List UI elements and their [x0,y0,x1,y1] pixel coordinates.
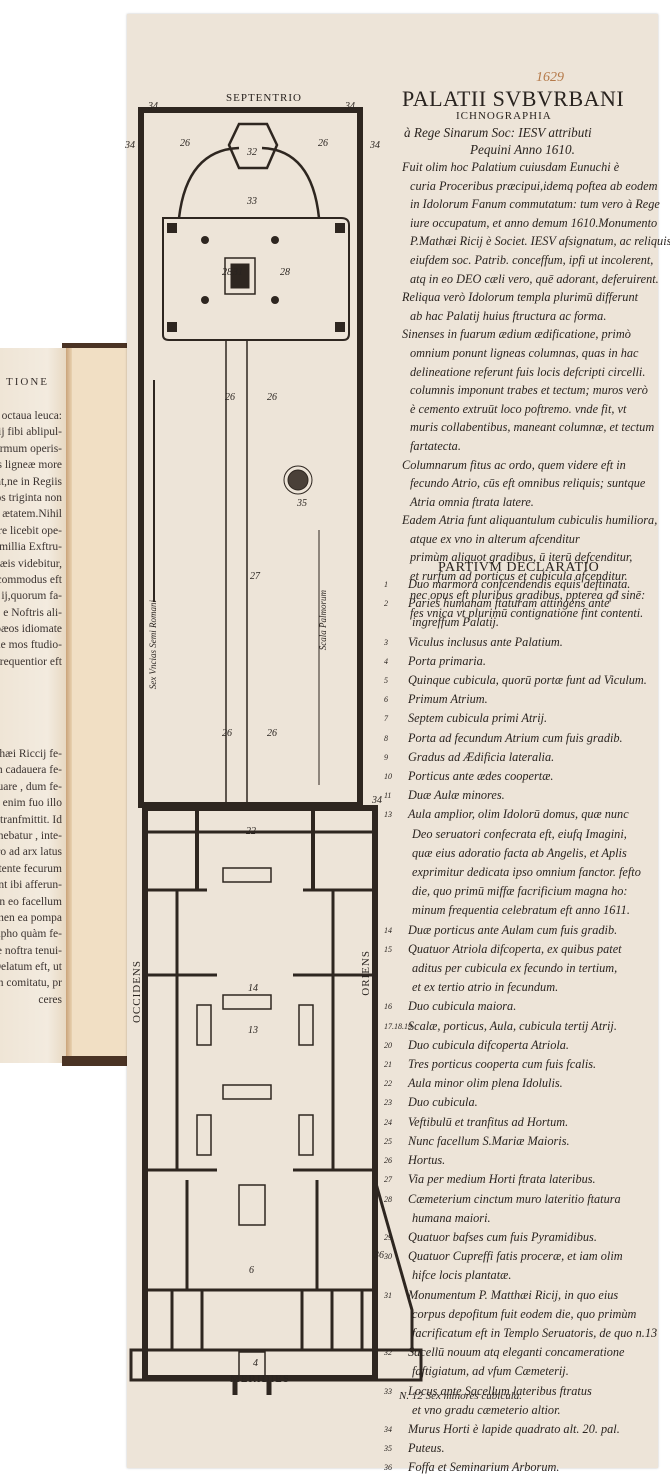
legend-item: 23Duo cubicula. [384,1093,658,1112]
paragraph-line: fartatecta. [402,437,657,456]
paragraph-line: Reliqua verò Idolorum templa plurimū dif… [402,288,657,307]
legend-text: Duo cubicula maiora. [384,997,658,1016]
legend-number: 22 [384,1074,408,1093]
paragraph-line: delineatione referunt fuis locis defcrip… [402,363,657,382]
legend-text: Quatuor bafses cum fuis Pyramidibus. [384,1228,658,1247]
book-line: egij fibi ablipul- [0,424,62,440]
legend-number: 9 [384,748,408,767]
legend-item: 10Porticus ante ædes coopertæ. [384,767,658,786]
legend-number: 23 [384,1093,408,1112]
legend-item: 36Foffa et Seminarium Arborum. [384,1458,658,1477]
paragraph-line: omnium ponunt ligneas columnas, quas in … [402,344,657,363]
sheet-title: PALATII SVBVRBANI [402,86,624,112]
garden-label-mid-right: 26 [267,392,277,403]
cemetery-label-left: 28 [222,267,232,278]
legend-text: Porta ad fecundum Atrium cum fuis gradib… [384,729,658,748]
legend-text-continued: et ex tertio atrio in fecundum. [384,978,658,997]
sheet-subline-2: Pequini Anno 1610. [470,142,575,158]
paragraph-line: curia Proceribus præcipui,idemq poftea a… [402,177,657,196]
book-line: nes ligneæ more [0,457,62,473]
legend-text: Primum Atrium. [384,690,658,709]
legend-number: 20 [384,1036,408,1055]
legend-number: 24 [384,1113,408,1132]
legend-item: 11Duæ Aulæ minores. [384,786,658,805]
legend-text: Quinque cubicula, quorū portæ funt ad Vi… [384,671,658,690]
legend-text: Quatuor Cupreffi fatis proceræ, et iam o… [384,1247,658,1266]
garden-label-mid-left: 26 [225,392,235,403]
book-line: us ij,quorum fa- [0,588,62,604]
book-line: ceres [0,992,62,1008]
plan-east-label: ORIENS [360,950,372,996]
legend-item: 16Duo cubicula maiora. [384,997,658,1016]
book-line: opæis videbitur, [0,556,62,572]
legend-number: 26 [384,1151,408,1170]
paragraph-line: Fuit olim hoc Palatium cuiusdam Eunuchi … [402,158,657,177]
legend-number: 8 [384,729,408,748]
legend-item: 9Gradus ad Ædificia lateralia. [384,748,658,767]
legend-number: 28 [384,1190,408,1209]
legend-text-continued: die, quo primū miffæ facrificium magna h… [384,882,658,901]
book-line: eruare , dum fe- [0,779,62,795]
legend-item: 26Hortus. [384,1151,658,1170]
legend-text: Duæ porticus ante Aulam cum fuis gradib. [384,921,658,940]
paragraph-line: fecundo Atrio, cūs eft omnibus reliquis;… [402,474,657,493]
legend-text: Tres porticus cooperta cum fuis fcalis. [384,1055,658,1074]
legend-item: 35Puteus. [384,1439,658,1458]
paragraph-line: ab hac Palatij huius ftructura ac forma. [402,307,657,326]
legend-item: 14Duæ porticus ante Aulam cum fuis gradi… [384,921,658,940]
legend-text-continued: humana maiori. [384,1209,658,1228]
legend-item: 13Aula amplior, olim Idolorū domus, quæ … [384,805,658,920]
book-line: opæos idiomate [0,621,62,637]
legend-number: 13 [384,805,408,824]
book-line: rcommodus eft [0,572,62,588]
book-text-block-top: nis octaua leuca:egij fibi ablipul-rmum … [0,408,62,670]
paragraph-line: eiufdem soc. Patrib. conceffum, ipfi ut … [402,251,657,270]
legend-number: 16 [384,997,408,1016]
legend-note: N. 12 Sex minores cubicula. [399,1390,522,1402]
legend-text: Scalæ, porticus, Aula, cubicula tertij A… [384,1017,658,1036]
book-line: tinebatur , inte- [0,828,62,844]
legend-number: 3 [384,633,408,652]
legend-text: Duæ Aulæ minores. [384,786,658,805]
book-line: um cadauera fe- [0,762,62,778]
paragraph-line: iure occupatum, et anno demum 1610.Monum… [402,214,657,233]
book-line: que mos ftudio- [0,637,62,653]
legend-item: 34Murus Horti è lapide quadrato alt. 20.… [384,1420,658,1439]
paragraph-line: Sinenses in fuarum ædium ædificatione, p… [402,325,657,344]
legend-text: Porta primaria. [384,652,658,671]
legend-text: Cæmeterium cinctum muro lateritio ftatur… [384,1190,658,1209]
legend-text: Murus Horti è lapide quadrato alt. 20. p… [384,1420,658,1439]
paragraph-line: in Idolorum Fanum commutatum: tum vero à… [402,195,657,214]
paragraph-line: columnis imponunt trabes et tectum; muro… [402,381,657,400]
legend-item: 1Duo marmora confcendendis equis deftina… [384,575,658,594]
book-line: enitente fecurum [0,861,62,877]
legend-text-continued: et vno gradu cæmeterio altior. [384,1401,658,1420]
forecourt-label: 33 [247,196,257,207]
book-line: umpho quàm fe- [0,926,62,942]
plan-south-label: MERIDIES [230,1373,290,1385]
book-line: Delatum eft, ut [0,959,62,975]
legend-number: 14 [384,921,408,940]
book-line: runt ibi afferun- [0,877,62,893]
side-scale-label: Sex Vncias Semi Romani [148,600,158,689]
paragraph-line: atque ex vno in alterum afcenditur [402,530,657,549]
floor-plan [127,90,427,1420]
description-paragraphs: Fuit olim hoc Palatium cuiusdam Eunuchi … [402,158,657,623]
garden-label-right: 26 [318,138,328,149]
legend-list: 1Duo marmora confcendendis equis deftina… [384,575,658,1478]
book-line: eque noftra tenui- [0,943,62,959]
legend-text-continued: faftigiatum, ad vfum Cæmeterij. [384,1362,658,1381]
legend-text-continued: Deo seruatori confecrata eft, eiufq Imag… [384,825,658,844]
book-line: it ætatem.Nihil [0,506,62,522]
page-number: 1629 [536,70,564,86]
portico14-label: 14 [248,983,258,994]
legend-text-continued: facrificatum eft in Templo Seruatoris, d… [384,1324,658,1343]
legend-title: PARTIVM DECLARATIO [438,560,599,576]
book-line: rum enim fuo illo [0,795,62,811]
legend-text-continued: corpus depofitum fuit eodem die, quo pri… [384,1305,658,1324]
wall-label-w: 34 [125,140,135,151]
well-label: 35 [297,498,307,509]
legend-item: 25Nunc facellum S.Mariæ Maioris. [384,1132,658,1151]
legend-text-continued: ingreffum Palatij. [384,613,658,632]
book-line: um comitatu, pr [0,975,62,991]
legend-text-continued: quæ eius adoratio facta ab Angelis, et A… [384,844,658,863]
paragraph-line: è cemento extruūt loco poftremo. vnde fi… [402,400,657,419]
atrium1-label: 6 [249,1265,254,1276]
legend-text: Sacellū nouum atq eleganti concameration… [384,1343,658,1362]
legend-number: 25 [384,1132,408,1151]
book-line: gere licebit ope- [0,523,62,539]
book-line: m tranfmittit. Id [0,812,62,828]
legend-text: Duo marmora confcendendis equis deftinat… [384,575,658,594]
book-line: frequentior eft [0,654,62,670]
legend-number: 11 [384,786,408,805]
book-left-page: TIONE nis octaua leuca:egij fibi ablipul… [0,348,68,1063]
legend-number: 7 [384,709,408,728]
cemetery-label-right: 28 [280,267,290,278]
paragraph-line: Eadem Atria funt aliquantulum cubiculis … [402,511,657,530]
legend-item: 4Porta primaria. [384,652,658,671]
book-line: tamen ea pompa [0,910,62,926]
legend-text: Aula minor olim plena Idolulis. [384,1074,658,1093]
legend-text: Hortus. [384,1151,658,1170]
legend-text: Aula amplior, olim Idolorū domus, quæ nu… [384,805,658,824]
legend-item: 28Cæmeterium cinctum muro lateritio ftat… [384,1190,658,1228]
ditch-label: 36 [374,1250,384,1261]
legend-number: 30 [384,1247,408,1266]
legend-text: Foffa et Seminarium Arborum. [384,1458,658,1477]
book-line: thæi Riccij fe- [0,746,62,762]
legend-item: 21Tres porticus cooperta cum fuis fcalis… [384,1055,658,1074]
book-cover-bottom [62,1056,134,1066]
legend-number: 5 [384,671,408,690]
legend-text-continued: aditus per cubicula ex fecundo in tertiu… [384,959,658,978]
legend-item: 29Quatuor bafses cum fuis Pyramidibus. [384,1228,658,1247]
legend-item: 2Paries humanam ftaturam attingens antei… [384,594,658,632]
legend-number: 35 [384,1439,408,1458]
legend-item: 31Monumentum P. Matthæi Ricij, in quo ei… [384,1286,658,1344]
wall-label-ne: 34 [345,101,355,112]
paragraph-line: P.Mathæi Ricij è Societ. IESV afsignatum… [402,232,657,251]
book-line: rmum operis- [0,441,62,457]
book-line: ent,ne in Regiis [0,474,62,490]
wall-label-nw: 34 [148,101,158,112]
gate-label: 4 [253,1358,258,1369]
legend-text: Porticus ante ædes coopertæ. [384,767,658,786]
wall-label-e: 34 [370,140,380,151]
legend-text: Gradus ad Ædificia lateralia. [384,748,658,767]
legend-item: 20Duo cubicula difcoperta Atriola. [384,1036,658,1055]
legend-number: 10 [384,767,408,786]
paragraph-line: Columnarum fitus ac ordo, quem videre ef… [402,456,657,475]
tomb-label: 31 [233,267,243,278]
legend-text: Septem cubicula primi Atrij. [384,709,658,728]
legend-number: 6 [384,690,408,709]
legend-number: 21 [384,1055,408,1074]
path-label: 27 [250,571,260,582]
legend-item: 30Quatuor Cupreffi fatis proceræ, et iam… [384,1247,658,1285]
legend-text-continued: minum frequentia celebratum eft anno 161… [384,901,658,920]
legend-item: 27Via per medium Horti ftrata lateribus. [384,1170,658,1189]
legend-item: 7Septem cubicula primi Atrij. [384,709,658,728]
wall-label-se: 34 [372,795,382,806]
scale-title: Scala Palmorum [318,590,328,650]
legend-number: 32 [384,1343,408,1362]
legend-text: Veftibulū et tranfitus ad Hortum. [384,1113,658,1132]
legend-text: Monumentum P. Matthæi Ricij, in quo eius [384,1286,658,1305]
legend-item: 22Aula minor olim plena Idolulis. [384,1074,658,1093]
legend-text: Duo cubicula. [384,1093,658,1112]
legend-text: Puteus. [384,1439,658,1458]
book-text-block-bottom: thæi Riccij fe-um cadauera fe-eruare , d… [0,746,62,1008]
legend-number: 36 [384,1458,408,1477]
legend-text-continued: exprimitur dedicata ipso omnium fanctor.… [384,863,658,882]
legend-number: 15 [384,940,408,959]
plan-west-label: OCCIDENS [131,960,143,1023]
paragraph-line: Atria omnia ftrata latere. [402,493,657,512]
hall22-label: 22 [246,826,256,837]
paragraph-line: muris collabentibus, maneant columnæ, et… [402,418,657,437]
legend-number: 27 [384,1170,408,1189]
legend-text-continued: hifce locis plantatæ. [384,1266,658,1285]
book-line: nis octaua leuca: [0,408,62,424]
legend-text: Nunc facellum S.Mariæ Maioris. [384,1132,658,1151]
legend-text: Viculus inclusus ante Palatium. [384,633,658,652]
legend-item: 5Quinque cubicula, quorū portæ funt ad V… [384,671,658,690]
book-blank-page [72,348,132,1063]
legend-number: 17.18.19 [384,1017,408,1036]
sheet-subline-1: à Rege Sinarum Soc: IESV attributi [404,125,592,141]
legend-item: 32Sacellū nouum atq eleganti concamerati… [384,1343,658,1381]
book-running-head: TIONE [6,374,49,390]
garden-label-left: 26 [180,138,190,149]
garden-label-low-right: 26 [267,728,277,739]
legend-text: Paries humanam ftaturam attingens ante [384,594,658,613]
legend-item: 15Quatuor Atriola difcoperta, ex quibus … [384,940,658,998]
plan-north-label: SEPTENTRIO [226,92,302,104]
legend-item: 17.18.19Scalæ, porticus, Aula, cubicula … [384,1017,658,1036]
legend-text: Duo cubicula difcoperta Atriola. [384,1036,658,1055]
hall13-label: 13 [248,1025,258,1036]
legend-text: Via per medium Horti ftrata lateribus. [384,1170,658,1189]
garden-label-low-left: 26 [222,728,232,739]
chapel-label: 32 [247,147,257,158]
legend-number: 2 [384,594,408,613]
legend-item: 24Veftibulū et tranfitus ad Hortum. [384,1113,658,1132]
legend-text: Quatuor Atriola difcoperta, ex quibus pa… [384,940,658,959]
book-line: co e Noftris ali- [0,605,62,621]
legend-number: 29 [384,1228,408,1247]
legend-number: 34 [384,1420,408,1439]
open-book: TIONE nis octaua leuca:egij fibi ablipul… [0,340,135,1080]
book-line: os triginta non [0,490,62,506]
book-line: & in eo facellum [0,894,62,910]
legend-item: 8Porta ad fecundum Atrium cum fuis gradi… [384,729,658,748]
legend-number: 4 [384,652,408,671]
legend-number: 1 [384,575,408,594]
book-line: ftro ad arx latus [0,844,62,860]
legend-number: 31 [384,1286,408,1305]
sheet-subtitle: ICHNOGRAPHIA [456,110,552,122]
legend-item: 6Primum Atrium. [384,690,658,709]
legend-item: 3Viculus inclusus ante Palatium. [384,633,658,652]
paragraph-line: atq in eo DEO cæli vero, quē adorant, de… [402,270,657,289]
book-line: m millia Exftru- [0,539,62,555]
